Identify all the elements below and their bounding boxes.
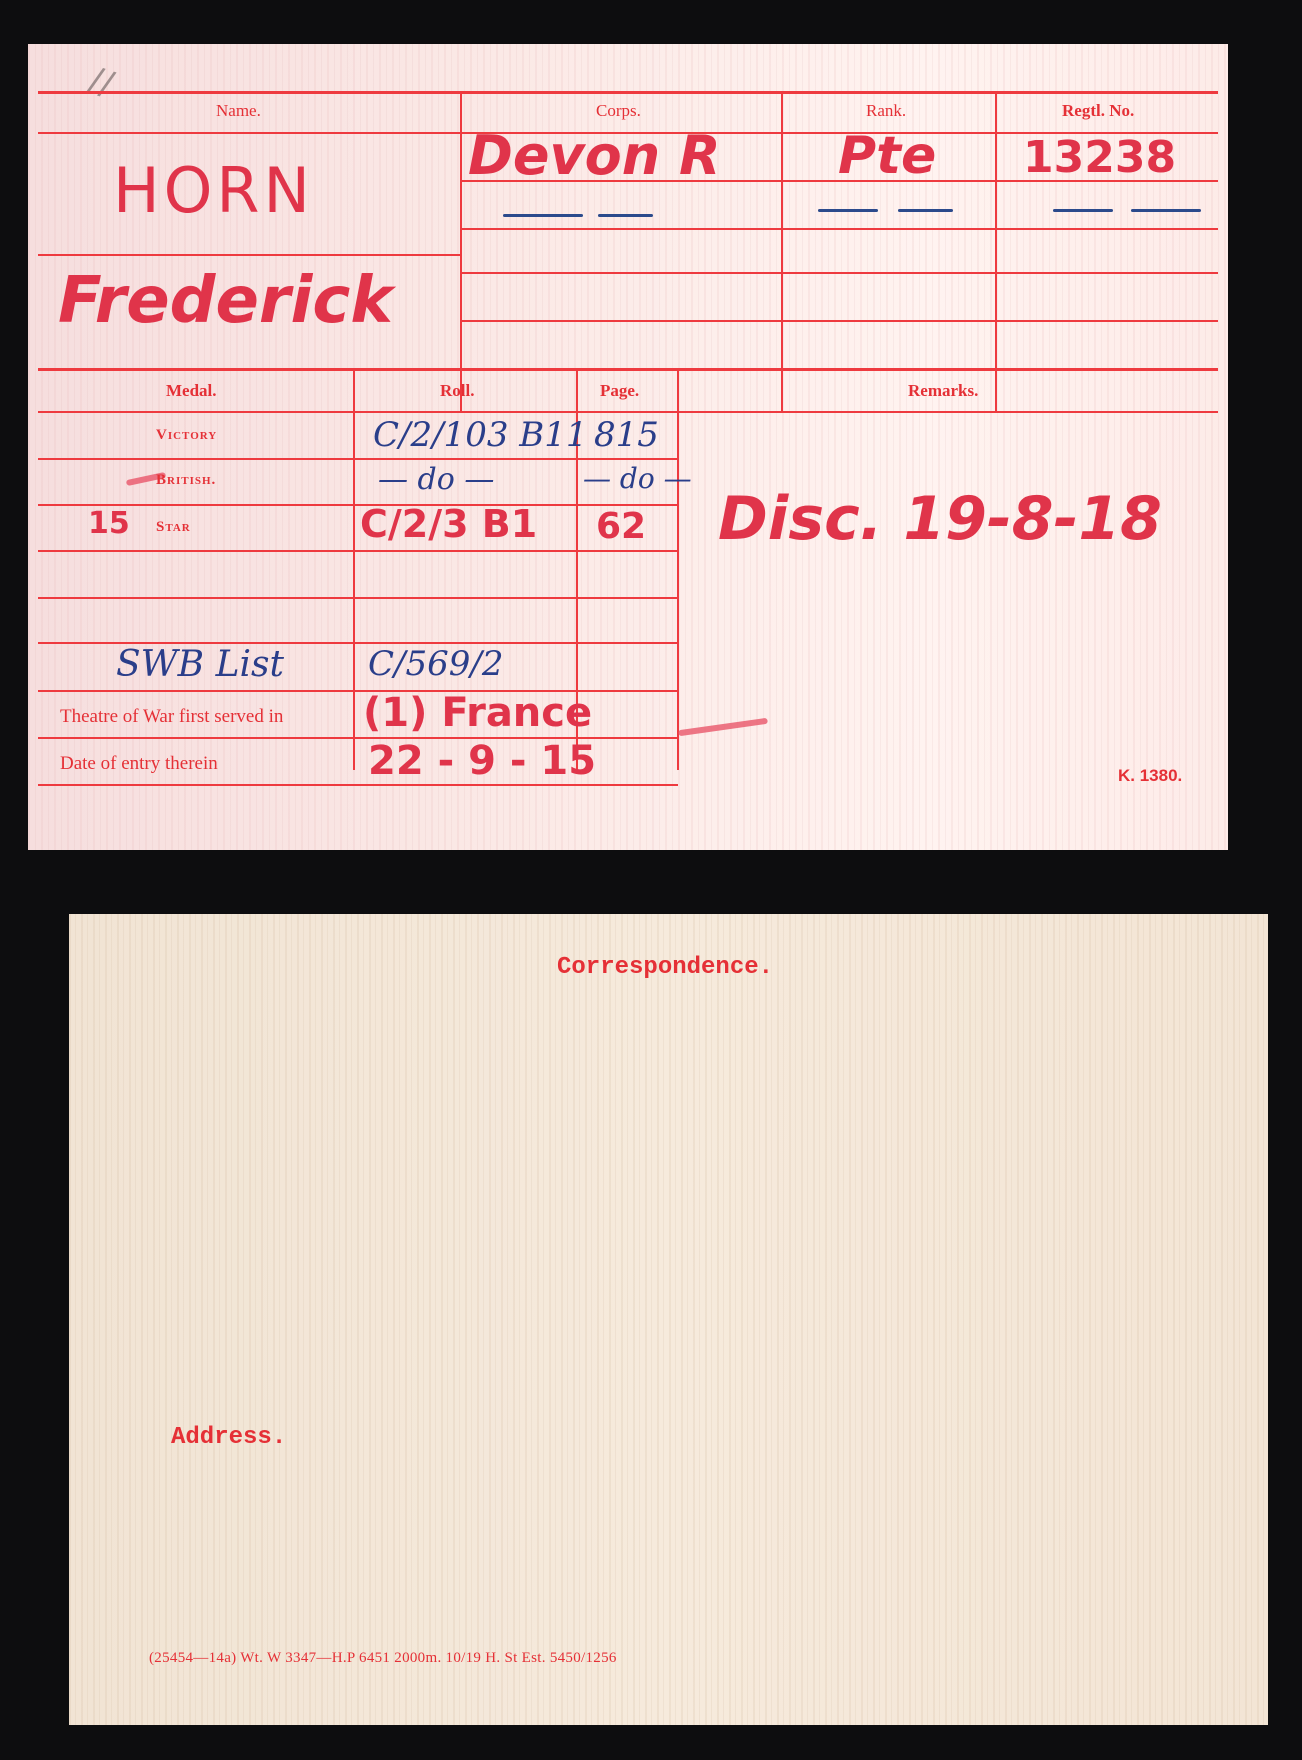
rule-medal-header xyxy=(38,411,1218,413)
date-entry-value: 22 - 9 - 15 xyxy=(368,738,596,784)
rank-dash-1 xyxy=(818,209,878,212)
corps-dash-2 xyxy=(598,214,653,217)
rule-row-2 xyxy=(462,228,1218,230)
rule-medal-row-3 xyxy=(38,550,678,552)
swb-list-label: SWB List xyxy=(116,644,284,685)
medal-name: Victory xyxy=(156,427,217,444)
surname: HORN xyxy=(113,154,314,227)
date-entry-label: Date of entry therein xyxy=(60,753,218,775)
swb-roll-value: C/569/2 xyxy=(368,644,503,684)
form-code: K. 1380. xyxy=(1118,766,1182,786)
star-prefix: 15 xyxy=(88,506,130,541)
theatre-extension-stroke xyxy=(678,718,768,736)
rule-row-3 xyxy=(462,272,1218,274)
header-regtl-no: Regtl. No. xyxy=(1062,101,1134,121)
page-value: 815 xyxy=(594,415,659,455)
pencil-mark: // xyxy=(84,59,118,104)
forename: Frederick xyxy=(58,264,393,338)
header-roll: Roll. xyxy=(440,381,474,401)
header-medal: Medal. xyxy=(166,381,217,401)
rank-value: Pte xyxy=(838,126,936,186)
regtl-dash-2 xyxy=(1131,209,1201,212)
address-label: Address. xyxy=(171,1424,286,1451)
divider-medal-roll xyxy=(353,370,355,770)
medal-index-card-back: Correspondence. Address. (25454—14a) Wt.… xyxy=(69,914,1268,1725)
page-value: — do — xyxy=(583,462,692,495)
header-corps: Corps. xyxy=(596,101,641,121)
rule-row-4 xyxy=(462,320,1218,322)
rank-dash-2 xyxy=(898,209,953,212)
divider-name-corps xyxy=(460,91,462,411)
medal-name: Star xyxy=(156,519,191,536)
roll-value: C/2/3 B1 xyxy=(360,502,537,546)
header-remarks: Remarks. xyxy=(908,381,978,401)
medal-index-card-front: // Name. Corps. Rank. Regtl. No. HORN Fr… xyxy=(28,44,1228,850)
rule-medal-row-1 xyxy=(38,458,678,460)
medal-name: British. xyxy=(156,472,216,489)
correspondence-title: Correspondence. xyxy=(557,954,773,981)
regtl-dash-1 xyxy=(1053,209,1113,212)
roll-value: — do — xyxy=(378,462,494,497)
printer-imprint: (25454—14a) Wt. W 3347—H.P 6451 2000m. 1… xyxy=(149,1650,617,1667)
rule-section-separator xyxy=(38,368,1218,371)
rule-top xyxy=(38,91,1218,94)
roll-value: C/2/103 B11 xyxy=(373,415,588,455)
divider-corps-rank xyxy=(781,91,783,411)
divider-page-remarks xyxy=(677,370,679,770)
rule-medal-row-4 xyxy=(38,597,678,599)
header-name: Name. xyxy=(216,101,261,121)
corps-dash-1 xyxy=(503,214,583,217)
rule-medal-row-8 xyxy=(38,784,678,786)
rule-name-mid xyxy=(38,254,460,256)
corps-value: Devon R xyxy=(468,124,721,187)
header-page: Page. xyxy=(600,381,639,401)
divider-rank-regtl xyxy=(995,91,997,411)
remarks-value: Disc. 19-8-18 xyxy=(718,484,1162,554)
page-value: 62 xyxy=(596,506,646,547)
rule-medal-row-2 xyxy=(38,504,678,506)
regtl-no-value: 13238 xyxy=(1023,132,1176,183)
theatre-label: Theatre of War first served in xyxy=(60,706,283,728)
header-rank: Rank. xyxy=(866,101,906,121)
theatre-value: (1) France xyxy=(363,690,592,736)
